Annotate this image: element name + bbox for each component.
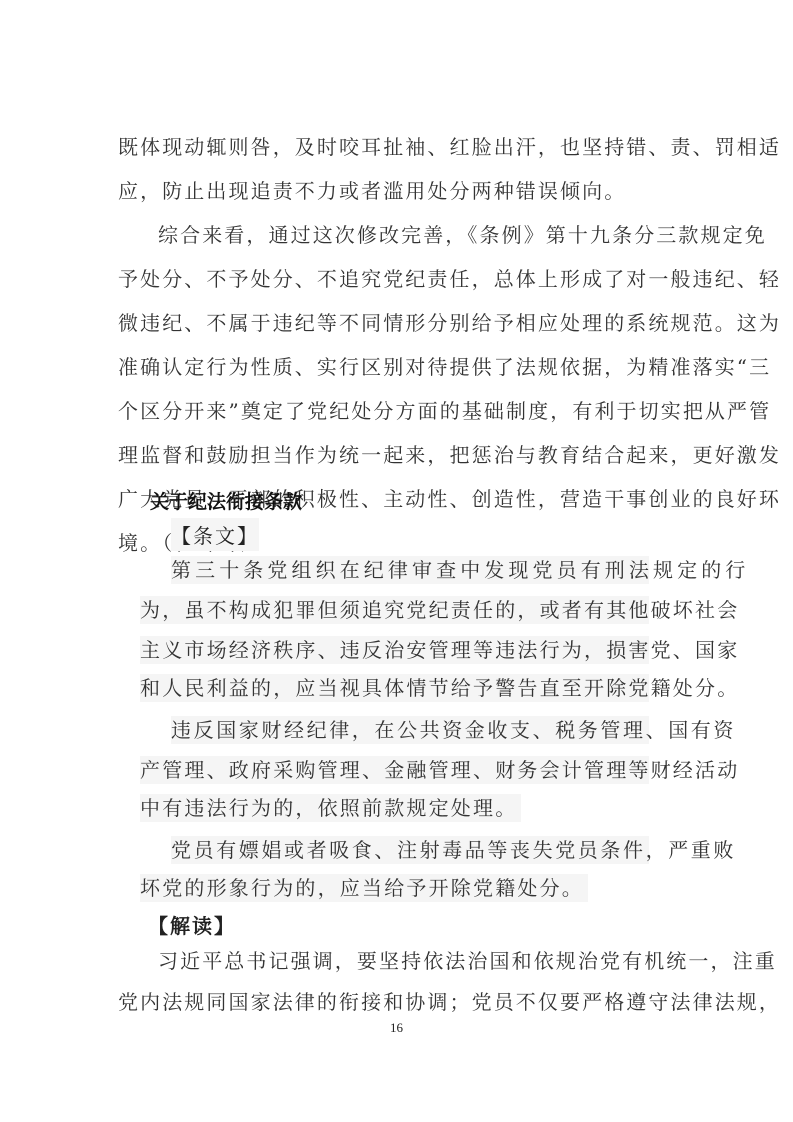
article-text-line: 党员有嫖娼或者吸食、注射毒品等丧失党员条件，严重败: [171, 836, 649, 864]
article-text-line: 主义市场经济秩序、违反治安管理等违法行为，损害党、国家: [140, 636, 649, 664]
page-number: 16: [0, 1020, 793, 1036]
body-text-line: 予处分、不予处分、不追究党纪责任，总体上形成了对一般违纪、轻: [118, 265, 678, 293]
body-text-line: 应，防止出现追责不力或者滥用处分两种错误倾向。: [118, 177, 678, 205]
article-text-line: 违反国家财经纪律，在公共资金收支、税务管理、国有资: [171, 716, 649, 744]
article-label: 【条文】: [171, 518, 259, 551]
body-text-line: 既体现动辄则咎，及时咬耳扯袖、红脸出汗，也坚持错、责、罚相适: [118, 133, 678, 161]
body-text-line: 综合来看，通过这次修改完善，《条例》第十九条分三款规定免: [158, 221, 678, 249]
article-text-line: 产管理、政府采购管理、金融管理、财务会计管理等财经活动: [140, 756, 649, 784]
section-title: 关于纪法衔接条款: [150, 487, 302, 514]
article-text-line: 和人民利益的，应当视具体情节给予警告直至开除党籍处分。: [140, 674, 649, 702]
article-text-line: 中有违法行为的，依照前款规定处理。: [140, 794, 521, 822]
article-text-line: 为，虽不构成犯罪但须追究党纪责任的，或者有其他破坏社会: [140, 596, 649, 624]
body-text-line: 微违纪、不属于违纪等不同情形分别给予相应处理的系统规范。这为: [118, 309, 678, 337]
document-page: 既体现动辄则咎，及时咬耳扯袖、红脸出汗，也坚持错、责、罚相适 应，防止出现追责不…: [0, 0, 793, 1122]
body-text-line: 党内法规同国家法律的衔接和协调；党员不仅要严格遵守法律法规，: [118, 988, 678, 1016]
body-text-line: 习近平总书记强调，要坚持依法治国和依规治党有机统一，注重: [158, 947, 678, 975]
body-text-line: 理监督和鼓励担当作为统一起来，把惩治与教育结合起来，更好激发: [118, 441, 678, 469]
interpretation-label: 【解读】: [148, 910, 236, 939]
body-text-line: 个区分开来”奠定了党纪处分方面的基础制度，有利于切实把从严管: [118, 397, 678, 425]
body-text-line: 准确认定行为性质、实行区别对待提供了法规依据，为精准落实“三: [118, 353, 678, 381]
article-text-line: 第三十条党组织在纪律审查中发现党员有刑法规定的行: [171, 556, 649, 584]
article-text-line: 坏党的形象行为的，应当给予开除党籍处分。: [140, 874, 588, 902]
